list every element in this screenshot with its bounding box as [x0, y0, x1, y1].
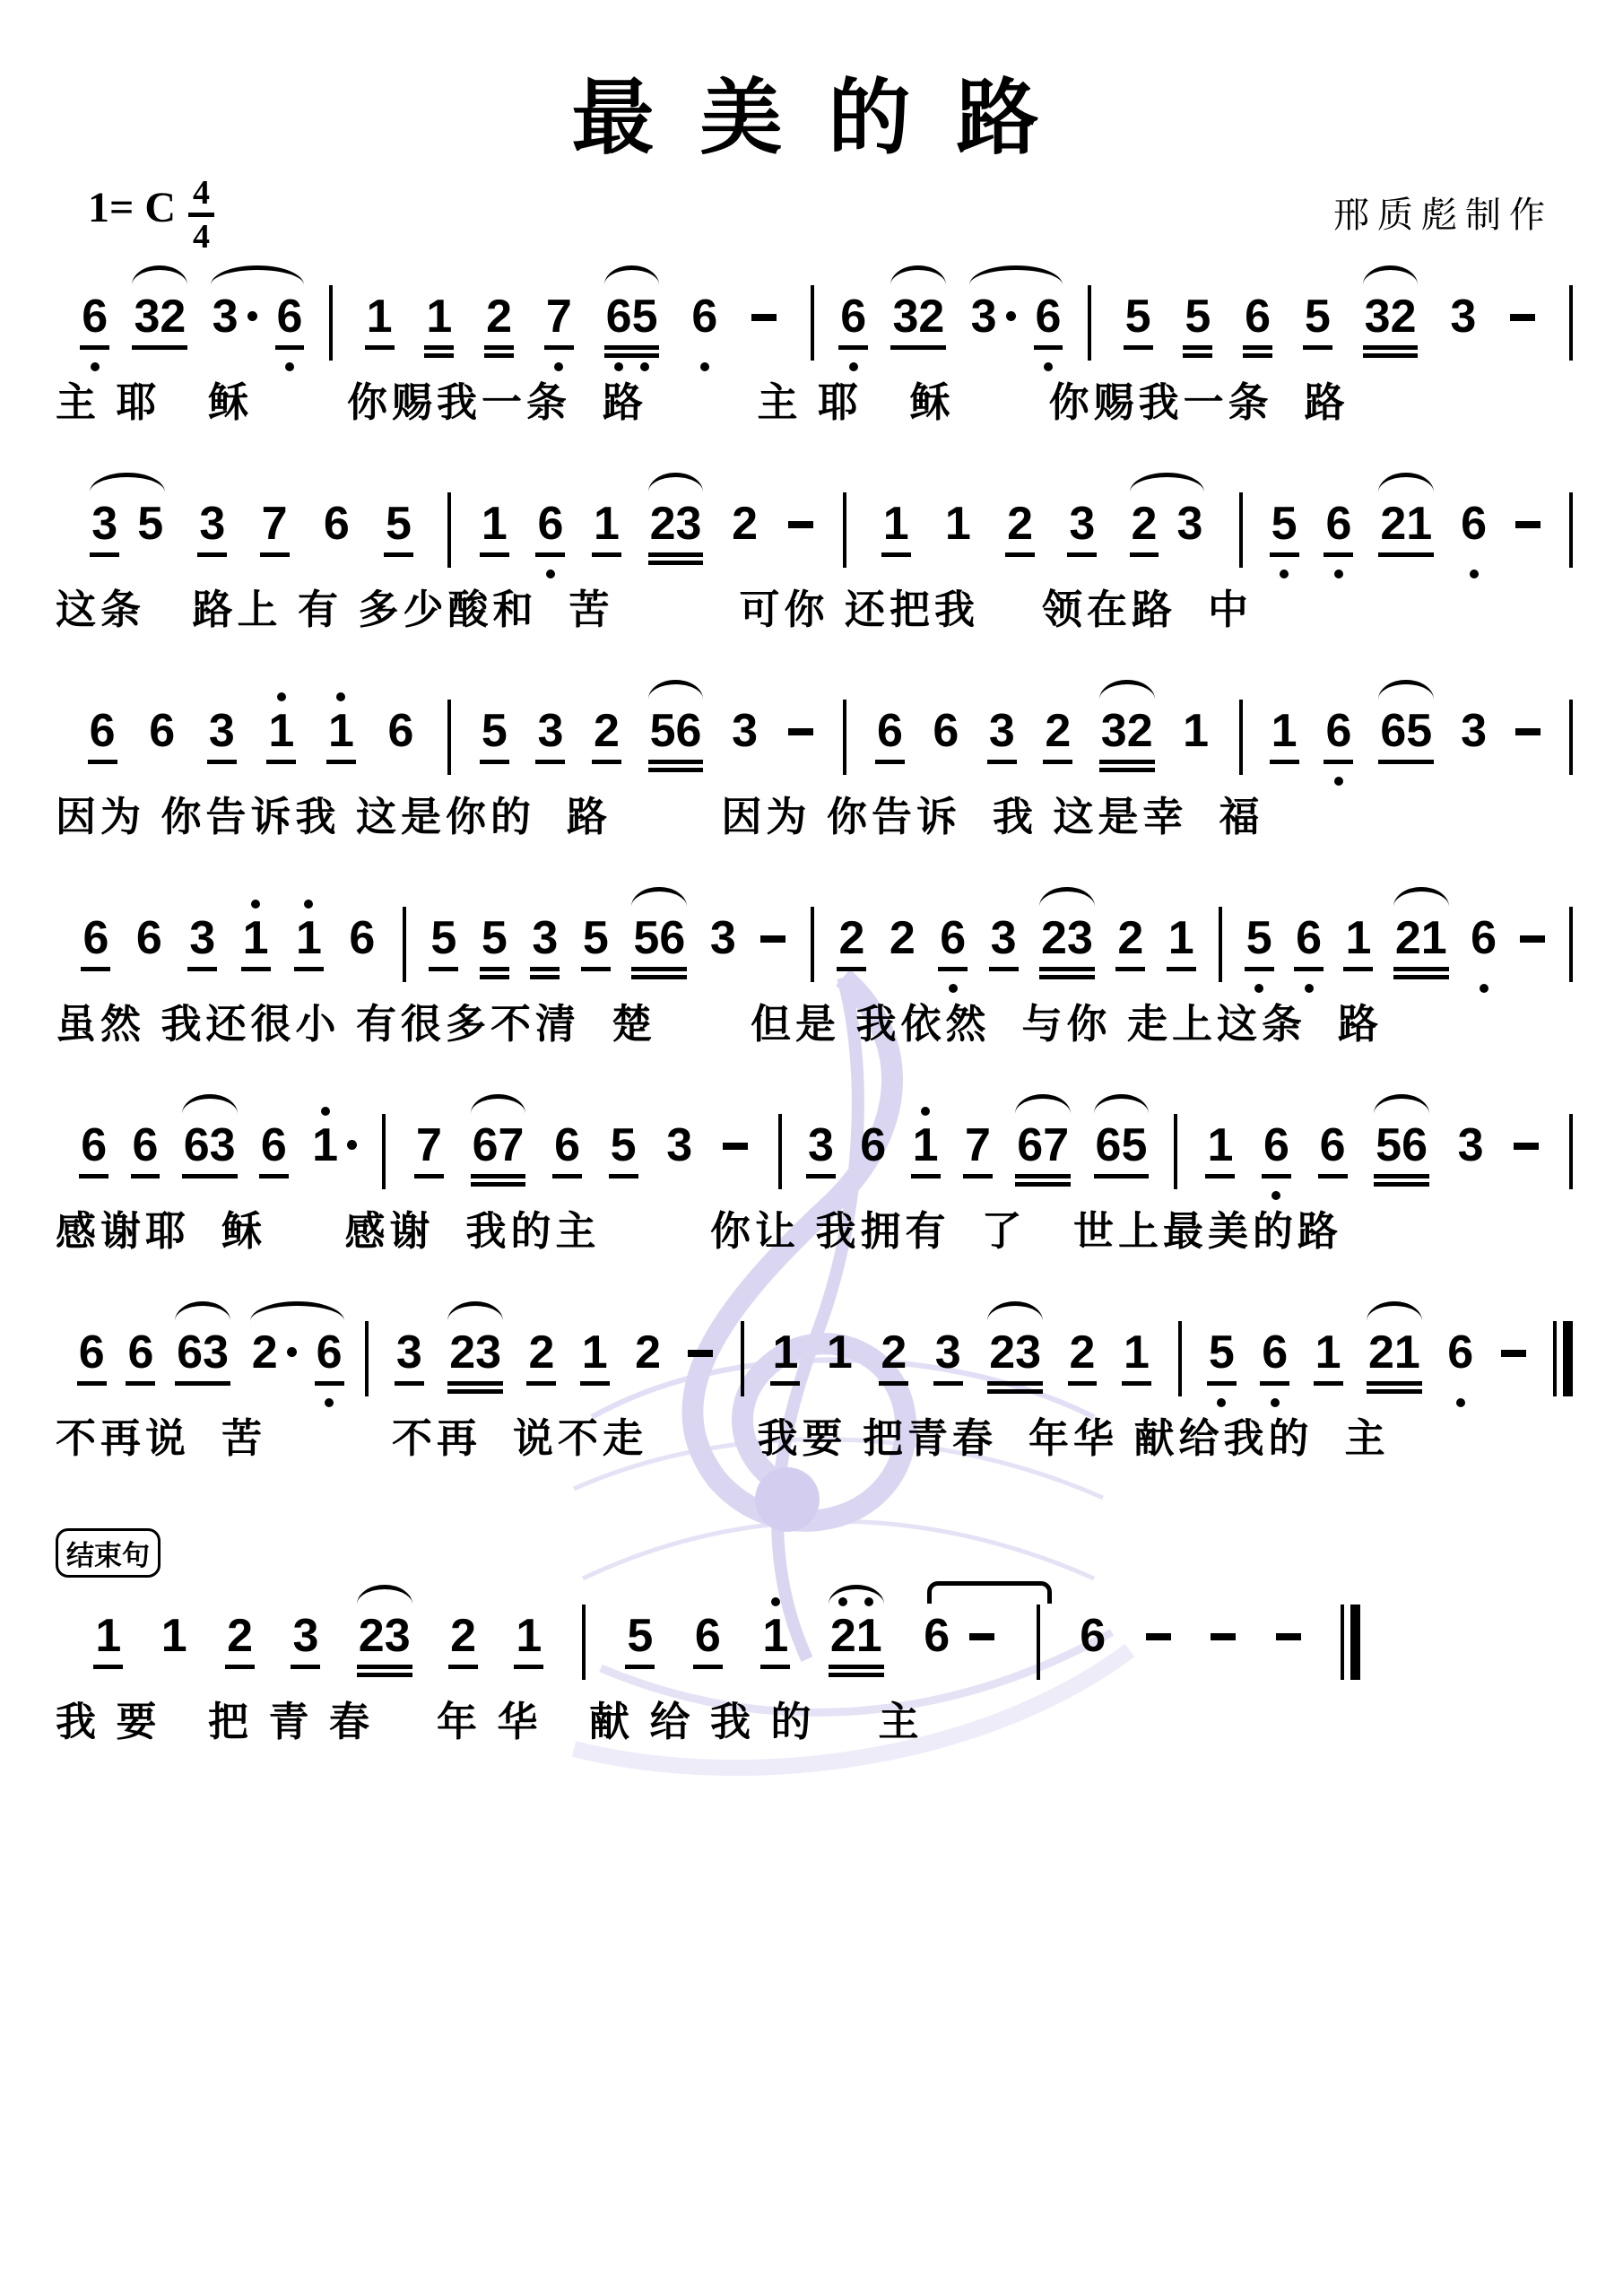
note-digit: 6	[1325, 500, 1351, 548]
system-line-2: 35376516123211232356216这条 路上 有 多少酸和 苦 可你…	[56, 492, 1573, 635]
note: 5	[627, 1608, 653, 1660]
note: 6	[317, 1325, 343, 1377]
lyrics-row: 主 耶 稣 你赐我一条 路 主 耶 稣 你赐我一条 路	[56, 370, 1573, 428]
note: 2	[635, 1325, 661, 1377]
octave-dot-below	[1044, 362, 1053, 371]
beam-underline	[1270, 552, 1299, 557]
meter-numerator: 4	[188, 176, 214, 217]
note: 6	[924, 1608, 950, 1660]
note-digit: 2	[989, 1328, 1015, 1377]
note-digit: 1	[1345, 914, 1371, 962]
note: 6	[82, 910, 108, 962]
slur-arc	[182, 1094, 238, 1114]
duration-dash	[788, 728, 813, 735]
note-digit: 1	[1406, 500, 1432, 548]
note-digit: 1	[945, 500, 971, 548]
note-digit: 5	[1305, 292, 1331, 341]
note: 2	[1070, 1325, 1096, 1377]
augmentation-dot	[1006, 311, 1016, 321]
note: 5	[611, 1118, 637, 1170]
note-digit: 5	[1376, 1121, 1402, 1170]
beam-underline	[1367, 1389, 1422, 1394]
note: 2	[1117, 910, 1143, 962]
note-digit: 2	[830, 1612, 856, 1660]
note: 3	[991, 910, 1017, 962]
note-digit: 6	[1447, 1328, 1473, 1377]
note: 6	[1325, 496, 1351, 548]
end-barline	[1569, 492, 1573, 568]
beam-underline	[987, 1381, 1043, 1386]
note-digit: 3	[213, 292, 239, 341]
beam-underline	[1294, 967, 1324, 971]
note: 3	[396, 1325, 422, 1377]
note: 5	[1246, 910, 1272, 962]
note: 23	[359, 1608, 411, 1660]
note: 56	[1376, 1118, 1428, 1170]
note: 3	[1458, 1118, 1484, 1170]
beam-underline	[175, 1381, 230, 1386]
beam-underline	[1067, 552, 1097, 557]
beam-underline	[1130, 552, 1159, 557]
note-digit: 6	[324, 500, 350, 548]
note-digit: 6	[79, 1328, 105, 1377]
octave-dot-above	[771, 1597, 780, 1606]
note-digit: 6	[277, 292, 303, 341]
beam-underline	[648, 760, 704, 764]
measure: 561216	[586, 1608, 1037, 1660]
beam-underline	[357, 1673, 412, 1677]
note-digit: 1	[913, 1121, 939, 1170]
composer-credit: 邢质彪制作	[1333, 187, 1553, 238]
note: 6	[554, 1118, 580, 1170]
note-digit: 6	[473, 1121, 499, 1170]
measure: 11232321	[56, 1608, 582, 1660]
beam-underline	[530, 967, 560, 971]
note-digit: 3	[1067, 914, 1093, 962]
duration-dash	[1146, 1633, 1171, 1640]
beam-underline	[294, 967, 324, 971]
note-digit: 2	[838, 914, 864, 962]
slur-arc	[1378, 473, 1434, 492]
note: 21	[1368, 1325, 1420, 1377]
beam-underline	[1393, 967, 1449, 971]
note-digit: 3	[676, 500, 702, 548]
duration-dash	[1515, 521, 1541, 528]
note: 1	[1207, 1118, 1233, 1170]
beam-underline	[938, 967, 968, 971]
beam-underline	[648, 768, 704, 772]
note: 1	[1168, 910, 1194, 962]
note: 1	[1271, 703, 1298, 755]
note: 3	[532, 910, 558, 962]
beam-underline	[1363, 345, 1419, 350]
note-digit: 2	[1380, 500, 1406, 548]
octave-dot-below	[285, 362, 294, 371]
note: 23	[1041, 910, 1093, 962]
note: 5	[1305, 289, 1331, 341]
note: 1	[312, 1118, 357, 1170]
duration-dash	[1211, 1633, 1236, 1640]
beam-underline	[1363, 353, 1419, 358]
measure: 16653	[1243, 703, 1569, 755]
beam-underline	[480, 760, 509, 764]
note-digit: 2	[1117, 914, 1143, 962]
note-digit: 5	[1209, 1328, 1235, 1377]
note-digit: 6	[1471, 914, 1497, 962]
note-digit: 5	[1271, 500, 1298, 548]
duration-dash	[688, 1350, 713, 1357]
beam-underline	[1367, 1381, 1422, 1386]
beam-underline	[357, 1665, 412, 1669]
time-signature: 4 4	[188, 176, 214, 254]
system-line-7: 结束句112323215612166我 要 把 青 春 年 华 献 给 我 的 …	[56, 1528, 1573, 1747]
note-digit: 3	[666, 1121, 692, 1170]
duration-dash	[723, 1143, 748, 1150]
note: 6	[1471, 910, 1497, 962]
note-digit: 6	[133, 1121, 159, 1170]
beam-underline	[1393, 975, 1449, 979]
note: 56	[633, 910, 685, 962]
beam-underline	[1122, 1381, 1151, 1386]
beam-underline	[447, 1381, 503, 1386]
note: 6	[1263, 1118, 1289, 1170]
note-digit: 6	[1080, 1612, 1106, 1660]
slur-group: 35	[91, 496, 163, 548]
beam-underline	[1343, 967, 1373, 971]
note-digit: 6	[1017, 1121, 1043, 1170]
note-digit: 3	[1176, 500, 1202, 548]
beam-underline	[987, 1389, 1043, 1394]
beam-underline	[484, 345, 514, 350]
note-digit: 1	[1124, 1328, 1150, 1377]
beam-underline	[384, 552, 413, 557]
note: 56	[650, 703, 702, 755]
measure: 532563	[451, 703, 843, 755]
note: 3	[292, 1608, 318, 1660]
beam-underline	[580, 1381, 610, 1386]
note: 3	[91, 496, 117, 548]
note-digit: 6	[1296, 914, 1322, 962]
beam-underline	[182, 1174, 238, 1178]
note-digit: 1	[296, 914, 322, 962]
beam-underline	[1115, 967, 1145, 971]
note-digit: 6	[1245, 292, 1271, 341]
meter-denominator: 4	[193, 217, 210, 254]
note-digit: 5	[1125, 292, 1151, 341]
slur-group: 36	[213, 289, 303, 341]
beam-underline	[933, 1381, 963, 1386]
note: 6	[349, 910, 375, 962]
end-barline	[1569, 285, 1573, 361]
slur-arc	[1130, 473, 1205, 492]
octave-dot-above	[304, 900, 313, 909]
beam-underline	[581, 967, 611, 971]
beam-underline	[88, 760, 117, 764]
slur-arc	[631, 887, 687, 907]
note-digit: 1	[516, 1612, 542, 1660]
beam-underline	[989, 967, 1019, 971]
measure: 11232321	[744, 1325, 1178, 1377]
note: 6	[1447, 1325, 1473, 1377]
note: 1	[1183, 703, 1209, 755]
final-barline-thin	[1341, 1605, 1344, 1680]
note: 63	[177, 1325, 229, 1377]
measure: 1127656	[333, 289, 811, 341]
note-digit: 1	[312, 1121, 338, 1170]
note: 2	[594, 703, 620, 755]
beam-underline	[875, 760, 905, 764]
beam-underline	[829, 1673, 884, 1677]
note: 6	[136, 910, 162, 962]
slur-arc	[1015, 1094, 1071, 1114]
tie-group: 6	[924, 1608, 994, 1660]
lyrics-row: 我 要 把 青 春 年 华 献 给 我 的 主	[56, 1689, 1573, 1747]
note: 1	[594, 496, 620, 548]
note: 32	[134, 289, 186, 341]
beam-underline	[911, 1174, 941, 1178]
note-digit: 6	[659, 914, 685, 962]
notes-row: 663116532563663232116653	[56, 700, 1573, 755]
note: 6	[277, 289, 303, 341]
note-digit: 5	[482, 914, 508, 962]
beam-underline	[1094, 1174, 1150, 1178]
beam-underline	[1260, 1381, 1289, 1386]
note-digit: 2	[528, 1328, 554, 1377]
note	[1276, 1608, 1301, 1660]
note	[751, 289, 777, 341]
ending-phrase-label: 结束句	[56, 1528, 161, 1578]
octave-dot-above	[277, 692, 286, 701]
slur-arc	[357, 1585, 412, 1605]
note: 1	[913, 1118, 939, 1170]
note-digit: 1	[883, 500, 909, 548]
note: 32	[892, 289, 944, 341]
beam-underline	[544, 345, 574, 350]
note-digit: 5	[1246, 914, 1272, 962]
note-digit: 1	[1271, 707, 1298, 755]
note-digit: 2	[881, 1328, 907, 1377]
tie-bracket	[927, 1581, 1052, 1604]
note-digit: 6	[388, 707, 414, 755]
beam-underline	[1039, 967, 1095, 971]
beam-underline	[1374, 1174, 1429, 1178]
measure: 6632321	[846, 703, 1238, 755]
duration-dash	[1501, 1350, 1526, 1357]
beam-underline	[80, 345, 109, 350]
note: 5	[1125, 289, 1151, 341]
note: 1	[1345, 910, 1371, 962]
note-digit: 1	[856, 1612, 882, 1660]
beam-underline	[1243, 353, 1272, 358]
beam-underline	[1324, 552, 1353, 557]
slur-arc	[829, 1585, 884, 1605]
measure: 166563	[1177, 1118, 1569, 1170]
note: 6	[691, 289, 717, 341]
note-digit: 6	[933, 707, 959, 755]
note: 1	[296, 910, 322, 962]
note: 1	[582, 1325, 608, 1377]
end-barline	[1569, 700, 1573, 775]
note	[723, 1118, 748, 1170]
note-digit: 3	[808, 1121, 834, 1170]
octave-dot-below	[849, 362, 858, 371]
note: 65	[1096, 1118, 1148, 1170]
note-digit: 6	[691, 292, 717, 341]
note: 23	[989, 1325, 1041, 1377]
beam-underline	[77, 1381, 107, 1386]
beam-underline	[604, 353, 660, 358]
beam-underline	[448, 1665, 478, 1669]
note: 6	[1296, 910, 1322, 962]
note: 5	[482, 910, 508, 962]
beam-underline	[81, 967, 110, 971]
note: 3	[808, 1118, 834, 1170]
beam-underline	[879, 1381, 908, 1386]
slur-arc	[211, 265, 305, 285]
note: 6	[127, 1325, 153, 1377]
note: 2	[881, 1325, 907, 1377]
slur-arc	[471, 1094, 526, 1114]
note: 7	[416, 1118, 442, 1170]
beam-underline	[187, 967, 217, 971]
note-digit: 6	[90, 707, 116, 755]
note-digit: 1	[95, 1612, 121, 1660]
note: 2	[486, 289, 512, 341]
slur-arc	[1094, 1094, 1150, 1114]
slur-arc	[1099, 680, 1155, 700]
measure: 323212	[369, 1325, 741, 1377]
beam-underline	[1378, 760, 1434, 764]
note-digit: 3	[1458, 1121, 1484, 1170]
note: 65	[1380, 703, 1432, 755]
beam-underline	[1034, 345, 1063, 350]
beam-underline	[132, 345, 187, 350]
note-digit: 3	[475, 1328, 501, 1377]
note: 6	[695, 1608, 721, 1660]
note-digit: 5	[1121, 1121, 1147, 1170]
note: 5	[583, 910, 609, 962]
note-digit: 6	[606, 292, 632, 341]
note: 2	[890, 910, 916, 962]
note-digit: 2	[359, 1612, 385, 1660]
beam-underline	[1015, 1182, 1071, 1187]
octave-dot-below	[325, 1398, 334, 1407]
octave-dot-below	[91, 362, 100, 371]
beam-underline	[693, 1665, 723, 1669]
beam-underline	[395, 1381, 424, 1386]
note: 5	[482, 703, 508, 755]
beam-underline	[535, 760, 565, 764]
note: 63	[184, 1118, 236, 1170]
note-digit: 3	[732, 707, 758, 755]
beam-underline	[424, 345, 454, 350]
note: 2	[1007, 496, 1033, 548]
note-digit: 6	[877, 707, 903, 755]
beam-underline	[79, 1174, 108, 1178]
note: 5	[1185, 289, 1211, 341]
beam-underline	[838, 345, 868, 350]
note-digit: 3	[209, 707, 235, 755]
note: 3	[209, 703, 235, 755]
beam-underline	[1015, 1174, 1071, 1178]
note-digit: 5	[137, 500, 163, 548]
note: 2	[838, 910, 864, 962]
note-digit: 3	[210, 1121, 236, 1170]
note: 1	[367, 289, 393, 341]
slur-arc	[1378, 680, 1434, 700]
note: 3	[213, 289, 257, 341]
beam-underline	[480, 975, 509, 979]
lyrics-row: 这条 路上 有 多少酸和 苦 可你 还把我 领在路 中	[56, 577, 1573, 635]
note: 21	[1380, 496, 1432, 548]
note	[688, 1325, 713, 1377]
key-signature: 1= C 4 4	[88, 169, 214, 247]
note-digit: 5	[627, 1612, 653, 1660]
lyrics-row: 感谢耶 稣 感谢 我的主 你让 我拥有 了 世上最美的路	[56, 1198, 1573, 1257]
note-digit: 3	[385, 1612, 411, 1660]
measure: 561216	[1222, 910, 1569, 962]
measure: 353765	[56, 496, 447, 548]
octave-dot-below	[1456, 1398, 1465, 1407]
beam-underline	[291, 1665, 320, 1669]
beam-underline	[1167, 967, 1196, 971]
note-digit: 6	[149, 707, 175, 755]
note: 6	[1320, 1118, 1346, 1170]
note: 3	[199, 496, 225, 548]
note: 3	[989, 703, 1015, 755]
note: 6	[79, 1325, 105, 1377]
note: 3	[935, 1325, 961, 1377]
note-digit: 1	[827, 1328, 853, 1377]
final-barline-thick	[1563, 1321, 1573, 1396]
note-digit: 2	[1391, 292, 1417, 341]
measure: 767653	[386, 1118, 777, 1170]
note-digit: 2	[732, 500, 758, 548]
octave-dot-above	[321, 1107, 330, 1116]
beam-underline	[447, 1389, 503, 1394]
note-digit: 2	[1007, 500, 1033, 548]
note: 6	[840, 289, 866, 341]
beam-underline	[829, 1665, 884, 1669]
slur-arc	[1363, 265, 1419, 285]
note: 23	[449, 1325, 501, 1377]
note-digit: 3	[292, 1612, 318, 1660]
beam-underline	[471, 1174, 526, 1178]
duration-dash	[1520, 935, 1545, 943]
note-digit: 1	[1394, 1328, 1420, 1377]
beam-underline	[770, 1381, 800, 1386]
beam-underline	[837, 967, 866, 971]
note: 3	[537, 703, 563, 755]
beam-underline	[241, 967, 271, 971]
note: 32	[1365, 289, 1417, 341]
octave-dot-below	[546, 570, 555, 578]
note-digit: 5	[583, 914, 609, 962]
beam-underline	[414, 1174, 444, 1178]
note: 6	[1245, 289, 1271, 341]
measure: 22632321	[814, 910, 1219, 962]
slur-arc	[604, 265, 660, 285]
end-barline	[1569, 907, 1573, 982]
note-digit: 7	[1043, 1121, 1069, 1170]
duration-dash	[1515, 728, 1541, 735]
note-digit: 3	[971, 292, 997, 341]
note: 3	[1461, 703, 1487, 755]
beam-underline	[93, 1665, 123, 1669]
note-digit: 7	[262, 500, 288, 548]
note: 3	[189, 910, 215, 962]
note: 1	[762, 1608, 788, 1660]
